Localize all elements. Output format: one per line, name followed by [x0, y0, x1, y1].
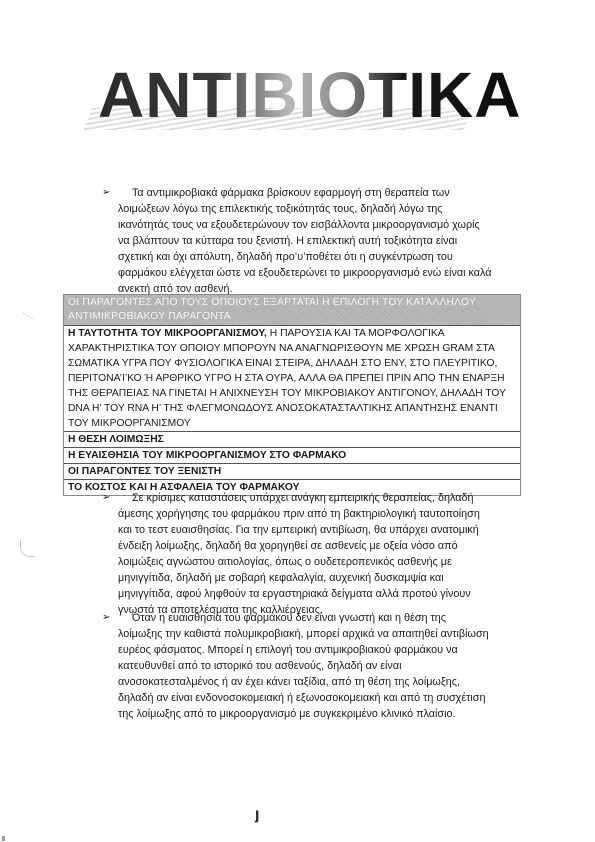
factors-table-header: ΟΙ ΠΑΡΑΓΟΝΤΕΣ ΑΠΟ ΤΟΥΣ ΟΠΟΙΟΥΣ ΕΞΑΡΤΑΤΑΙ… — [64, 295, 520, 325]
arrow-bullet-icon: ➢ — [88, 610, 110, 626]
arrow-bullet-icon: ➢ — [88, 490, 110, 506]
scan-artifact — [2, 836, 5, 841]
intro-paragraph-text: Τα αντιμικροβιακά φάρμακα βρίσκουν εφαρμ… — [118, 187, 491, 295]
scan-artifact — [20, 540, 35, 557]
title-banner: ANTIBIOTIKA — [88, 60, 488, 130]
factors-row-infection-site: Η ΘΕΣΗ ΛΟΙΜΩΞΗΣ — [64, 431, 520, 447]
factors-row-host-factors: ΟΙ ΠΑΡΑΓΟΝΤΕΣ ΤΟΥ ΞΕΝΙΣΤΗ — [64, 463, 520, 479]
scan-artifact — [19, 313, 34, 327]
selection-factors-table: ΟΙ ΠΑΡΑΓΟΝΤΕΣ ΑΠΟ ΤΟΥΣ ΟΠΟΙΟΥΣ ΕΞΑΡΤΑΤΑΙ… — [63, 294, 521, 496]
empirical-therapy-paragraph: ➢ Σε κρίσιμες καταστάσεις υπάρχει ανάγκη… — [118, 490, 493, 618]
broad-spectrum-text: Όταν η ευαισθησία του φαρμάκου δεν είναι… — [118, 612, 489, 720]
factors-row-identity: Η ΤΑΥΤΟΤΗΤΑ ΤΟΥ ΜΙΚΡΟΟΡΓΑΝΙΣΜΟΥ, Η ΠΑΡΟΥ… — [64, 325, 520, 431]
page-number-mark: ȷ — [255, 806, 259, 824]
empirical-therapy-text: Σε κρίσιμες καταστάσεις υπάρχει ανάγκη ε… — [118, 492, 480, 616]
arrow-bullet-icon: ➢ — [88, 185, 110, 201]
factors-row-identity-text: Η ΠΑΡΟΥΣΙΑ ΚΑΙ ΤΑ ΜΟΡΦΟΛΟΓΙΚΑ ΧΑΡΑΚΤΗΡΙΣ… — [68, 328, 506, 429]
factors-row-susceptibility: Η ΕΥΑΙΣΘΗΣΙΑ ΤΟΥ ΜΙΚΡΟΟΡΓΑΝΙΣΜΟΥ ΣΤΟ ΦΑΡ… — [64, 447, 520, 463]
intro-paragraph: ➢ Τα αντιμικροβιακά φάρμακα βρίσκουν εφα… — [118, 185, 493, 297]
page-title: ANTIBIOTIKA — [98, 60, 521, 130]
broad-spectrum-paragraph: ➢ Όταν η ευαισθησία του φαρμάκου δεν είν… — [118, 610, 493, 722]
factors-row-identity-bold: Η ΤΑΥΤΟΤΗΤΑ ΤΟΥ ΜΙΚΡΟΟΡΓΑΝΙΣΜΟΥ, — [68, 328, 267, 339]
